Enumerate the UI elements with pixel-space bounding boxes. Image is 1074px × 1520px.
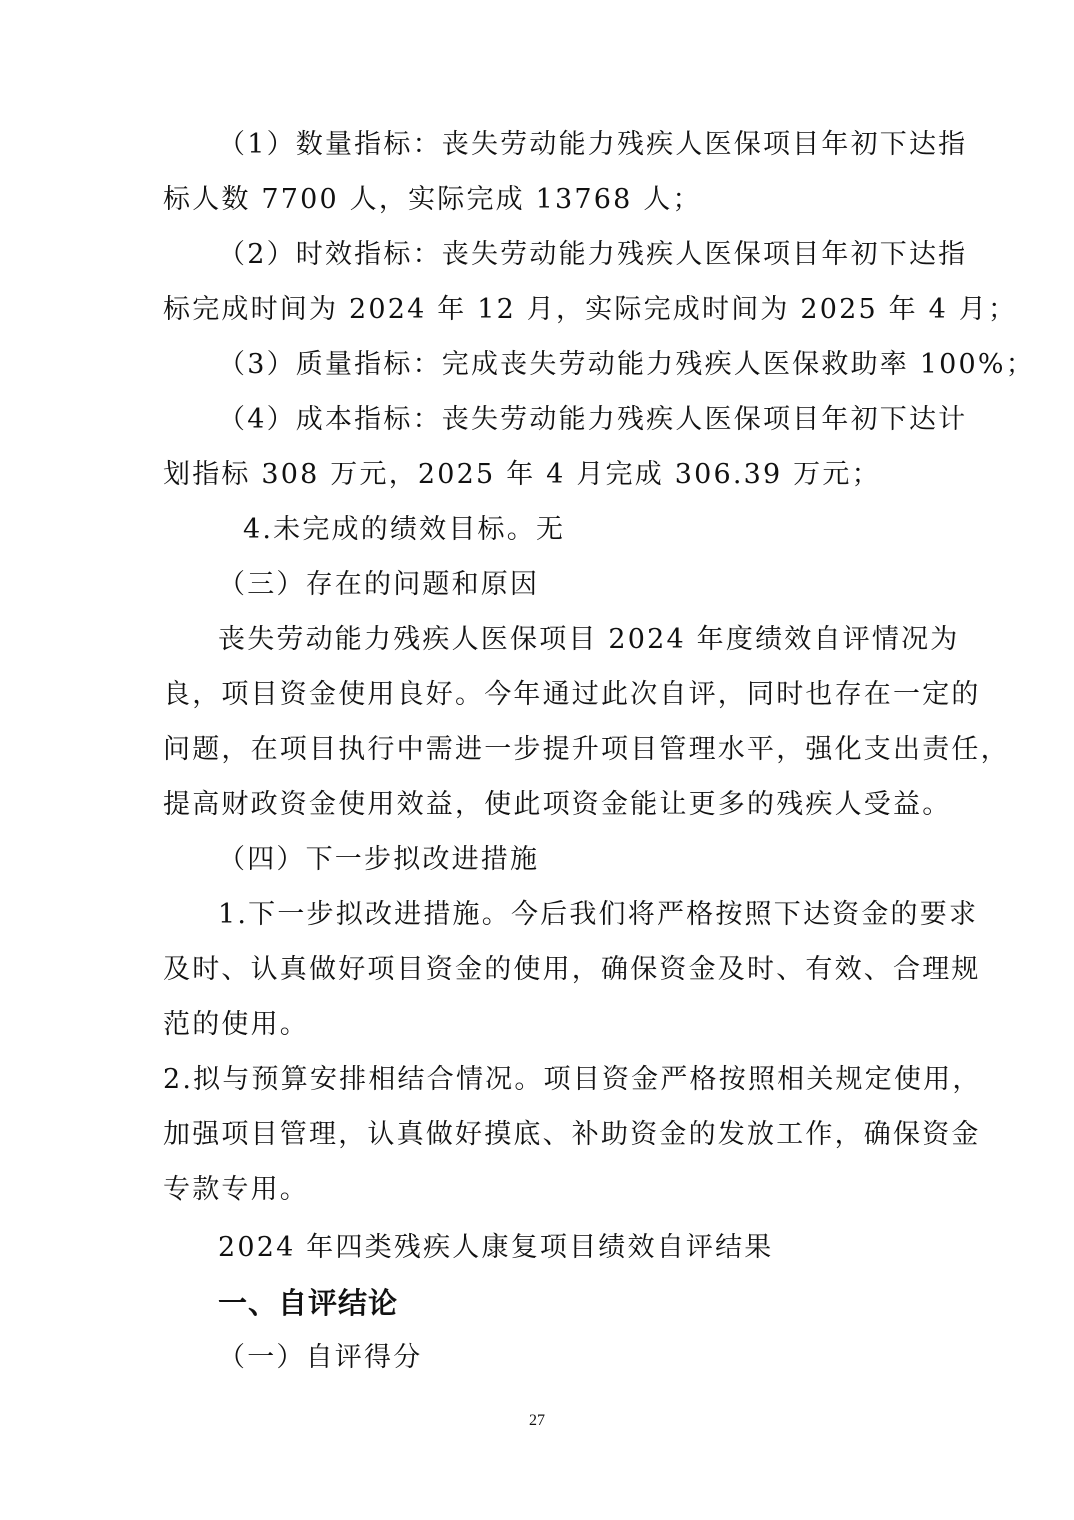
text-line: 专款专用。 <box>163 1170 309 1210</box>
text-line: 范的使用。 <box>163 1005 309 1045</box>
text-line: 标完成时间为 2024 年 12 月，实际完成时间为 2025 年 4 月； <box>163 290 1017 330</box>
text-line: 标人数 7700 人，实际完成 13768 人； <box>163 180 702 220</box>
text-line: 加强项目管理，认真做好摸底、补助资金的发放工作，确保资金 <box>163 1115 981 1155</box>
text-line: 4.未完成的绩效目标。无 <box>243 510 565 550</box>
text-line: 丧失劳动能力残疾人医保项目 2024 年度绩效自评情况为 <box>218 620 959 660</box>
text-line: 2024 年四类残疾人康复项目绩效自评结果 <box>218 1228 774 1268</box>
text-line: （2）时效指标：丧失劳动能力残疾人医保项目年初下达指 <box>218 235 967 275</box>
text-line: （三）存在的问题和原因 <box>218 565 539 605</box>
text-line: 问题，在项目执行中需进一步提升项目管理水平，强化支出责任， <box>163 730 1010 770</box>
text-line: （4）成本指标：丧失劳动能力残疾人医保项目年初下达计 <box>218 400 967 440</box>
text-line: （3）质量指标：完成丧失劳动能力残疾人医保救助率 100%； <box>218 345 1035 385</box>
text-line: 提高财政资金使用效益，使此项资金能让更多的残疾人受益。 <box>163 785 951 825</box>
text-line: 2.拟与预算安排相结合情况。项目资金严格按照相关规定使用， <box>163 1060 982 1100</box>
text-line: 划指标 308 万元，2025 年 4 月完成 306.39 万元； <box>163 455 881 495</box>
page-number: 27 <box>529 1412 545 1430</box>
text-line: 良，项目资金使用良好。今年通过此次自评，同时也存在一定的 <box>163 675 981 715</box>
section-heading-self-evaluation-conclusion: 一、自评结论 <box>218 1283 398 1323</box>
text-line: （1）数量指标：丧失劳动能力残疾人医保项目年初下达指 <box>218 125 967 165</box>
text-line: 及时、认真做好项目资金的使用，确保资金及时、有效、合理规 <box>163 950 981 990</box>
subsection-heading-self-evaluation-score: （一）自评得分 <box>218 1338 422 1378</box>
text-line: （四）下一步拟改进措施 <box>218 840 539 880</box>
text-line: 1.下一步拟改进措施。今后我们将严格按照下达资金的要求 <box>218 895 978 935</box>
